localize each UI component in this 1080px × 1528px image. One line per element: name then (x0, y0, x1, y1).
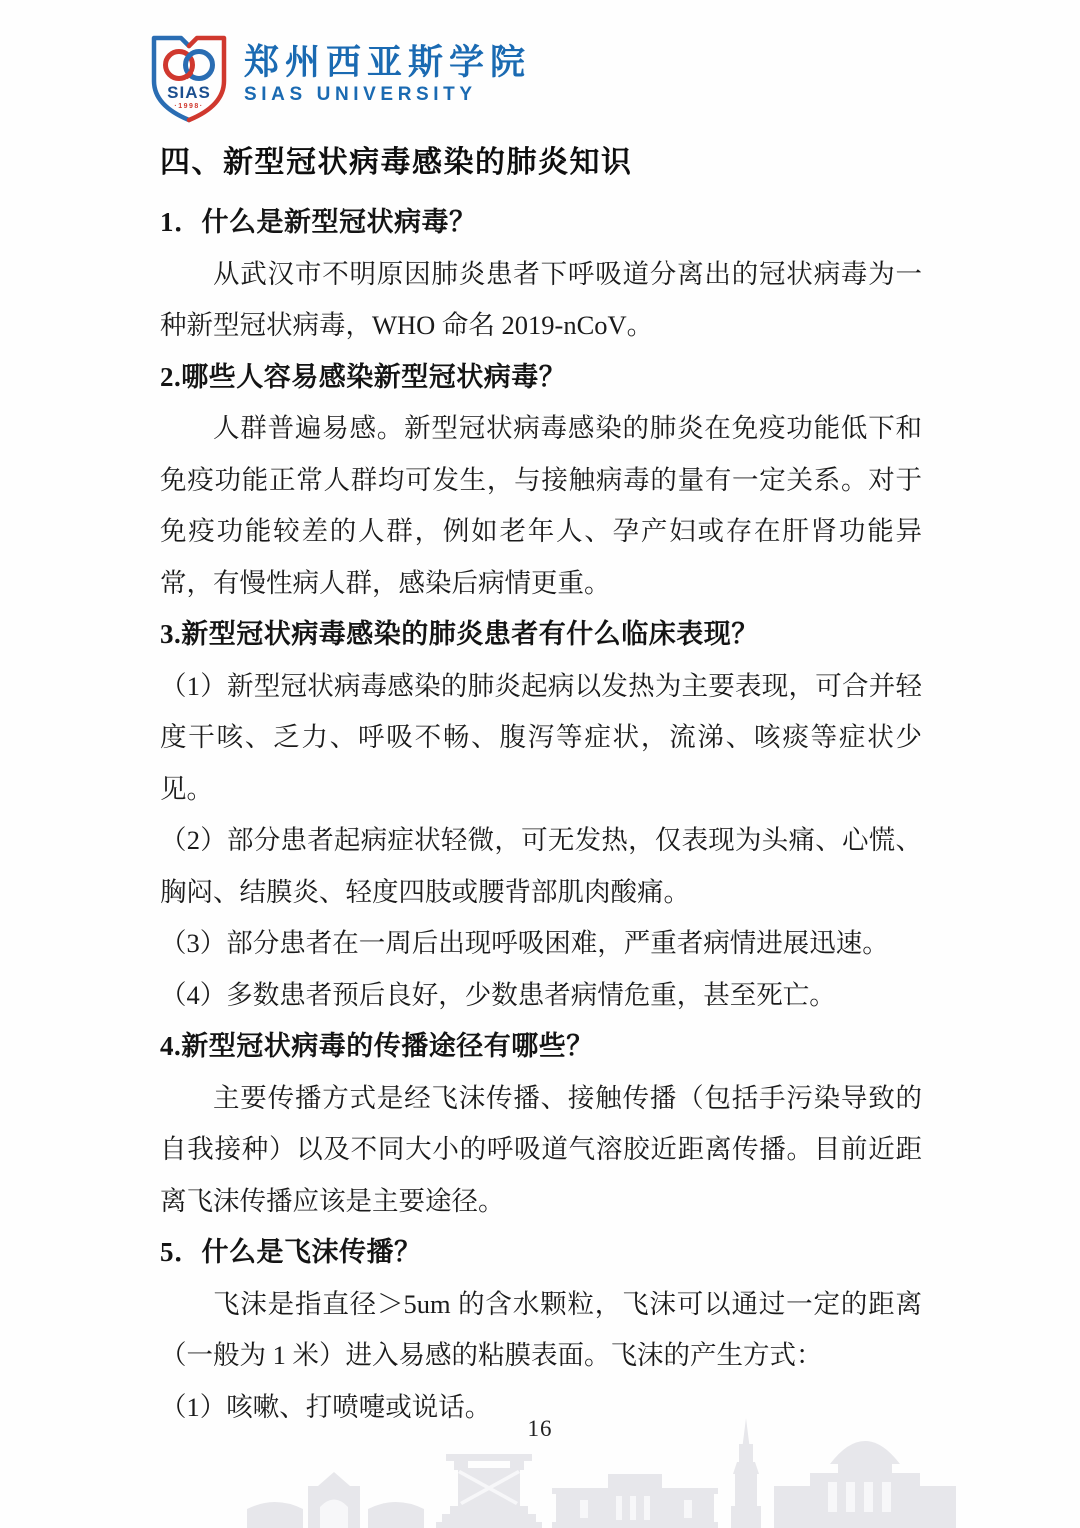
question-heading: 2.哪些人容易感染新型冠状病毒？ (160, 352, 922, 404)
campus-skyline-watermark (240, 1416, 960, 1528)
section-title: 四、新型冠状病毒感染的肺炎知识 (160, 140, 922, 186)
question-heading: 5．什么是飞沫传播？ (160, 1227, 922, 1279)
question-heading: 1．什么是新型冠状病毒？ (160, 197, 922, 249)
page-header: SIAS ·1998· 郑州西亚斯学院 SIAS UNIVERSITY (148, 34, 531, 124)
answer-paragraph: 飞沫是指直径＞5um 的含水颗粒，飞沫可以通过一定的距离（一般为 1 米）进入易… (160, 1279, 922, 1382)
university-name-en: SIAS UNIVERSITY (244, 84, 531, 106)
shield-sias-label: SIAS (167, 83, 211, 102)
document-body: 四、新型冠状病毒感染的肺炎知识 1．什么是新型冠状病毒？从武汉市不明原因肺炎患者… (160, 140, 922, 1433)
answer-paragraph: （2）部分患者起病症状轻微，可无发热，仅表现为头痛、心慌、胸闷、结膜炎、轻度四肢… (160, 815, 922, 918)
shield-year-label: ·1998· (174, 103, 203, 110)
answer-paragraph: （4）多数患者预后良好，少数患者病情危重，甚至死亡。 (160, 970, 922, 1022)
sias-shield-icon: SIAS ·1998· (148, 34, 230, 124)
answer-paragraph: 人群普遍易感。新型冠状病毒感染的肺炎在免疫功能低下和免疫功能正常人群均可发生，与… (160, 403, 922, 609)
sias-rings-icon (166, 52, 213, 79)
document-page: SIAS ·1998· 郑州西亚斯学院 SIAS UNIVERSITY 四、新型… (0, 0, 1080, 1528)
answer-paragraph: 主要传播方式是经飞沫传播、接触传播（包括手污染导致的自我接种）以及不同大小的呼吸… (160, 1073, 922, 1228)
answer-paragraph: （1）新型冠状病毒感染的肺炎起病以发热为主要表现，可合并轻度干咳、乏力、呼吸不畅… (160, 661, 922, 816)
question-heading: 3.新型冠状病毒感染的肺炎患者有什么临床表现？ (160, 609, 922, 661)
qa-sections: 1．什么是新型冠状病毒？从武汉市不明原因肺炎患者下呼吸道分离出的冠状病毒为一种新… (160, 197, 922, 1433)
answer-paragraph: （3）部分患者在一周后出现呼吸困难，严重者病情进展迅速。 (160, 918, 922, 970)
answer-paragraph: 从武汉市不明原因肺炎患者下呼吸道分离出的冠状病毒为一种新型冠状病毒，WHO 命名… (160, 249, 922, 352)
university-name-cn: 郑州西亚斯学院 (244, 44, 531, 82)
logo-text: 郑州西亚斯学院 SIAS UNIVERSITY (244, 34, 531, 106)
question-heading: 4.新型冠状病毒的传播途径有哪些？ (160, 1021, 922, 1073)
